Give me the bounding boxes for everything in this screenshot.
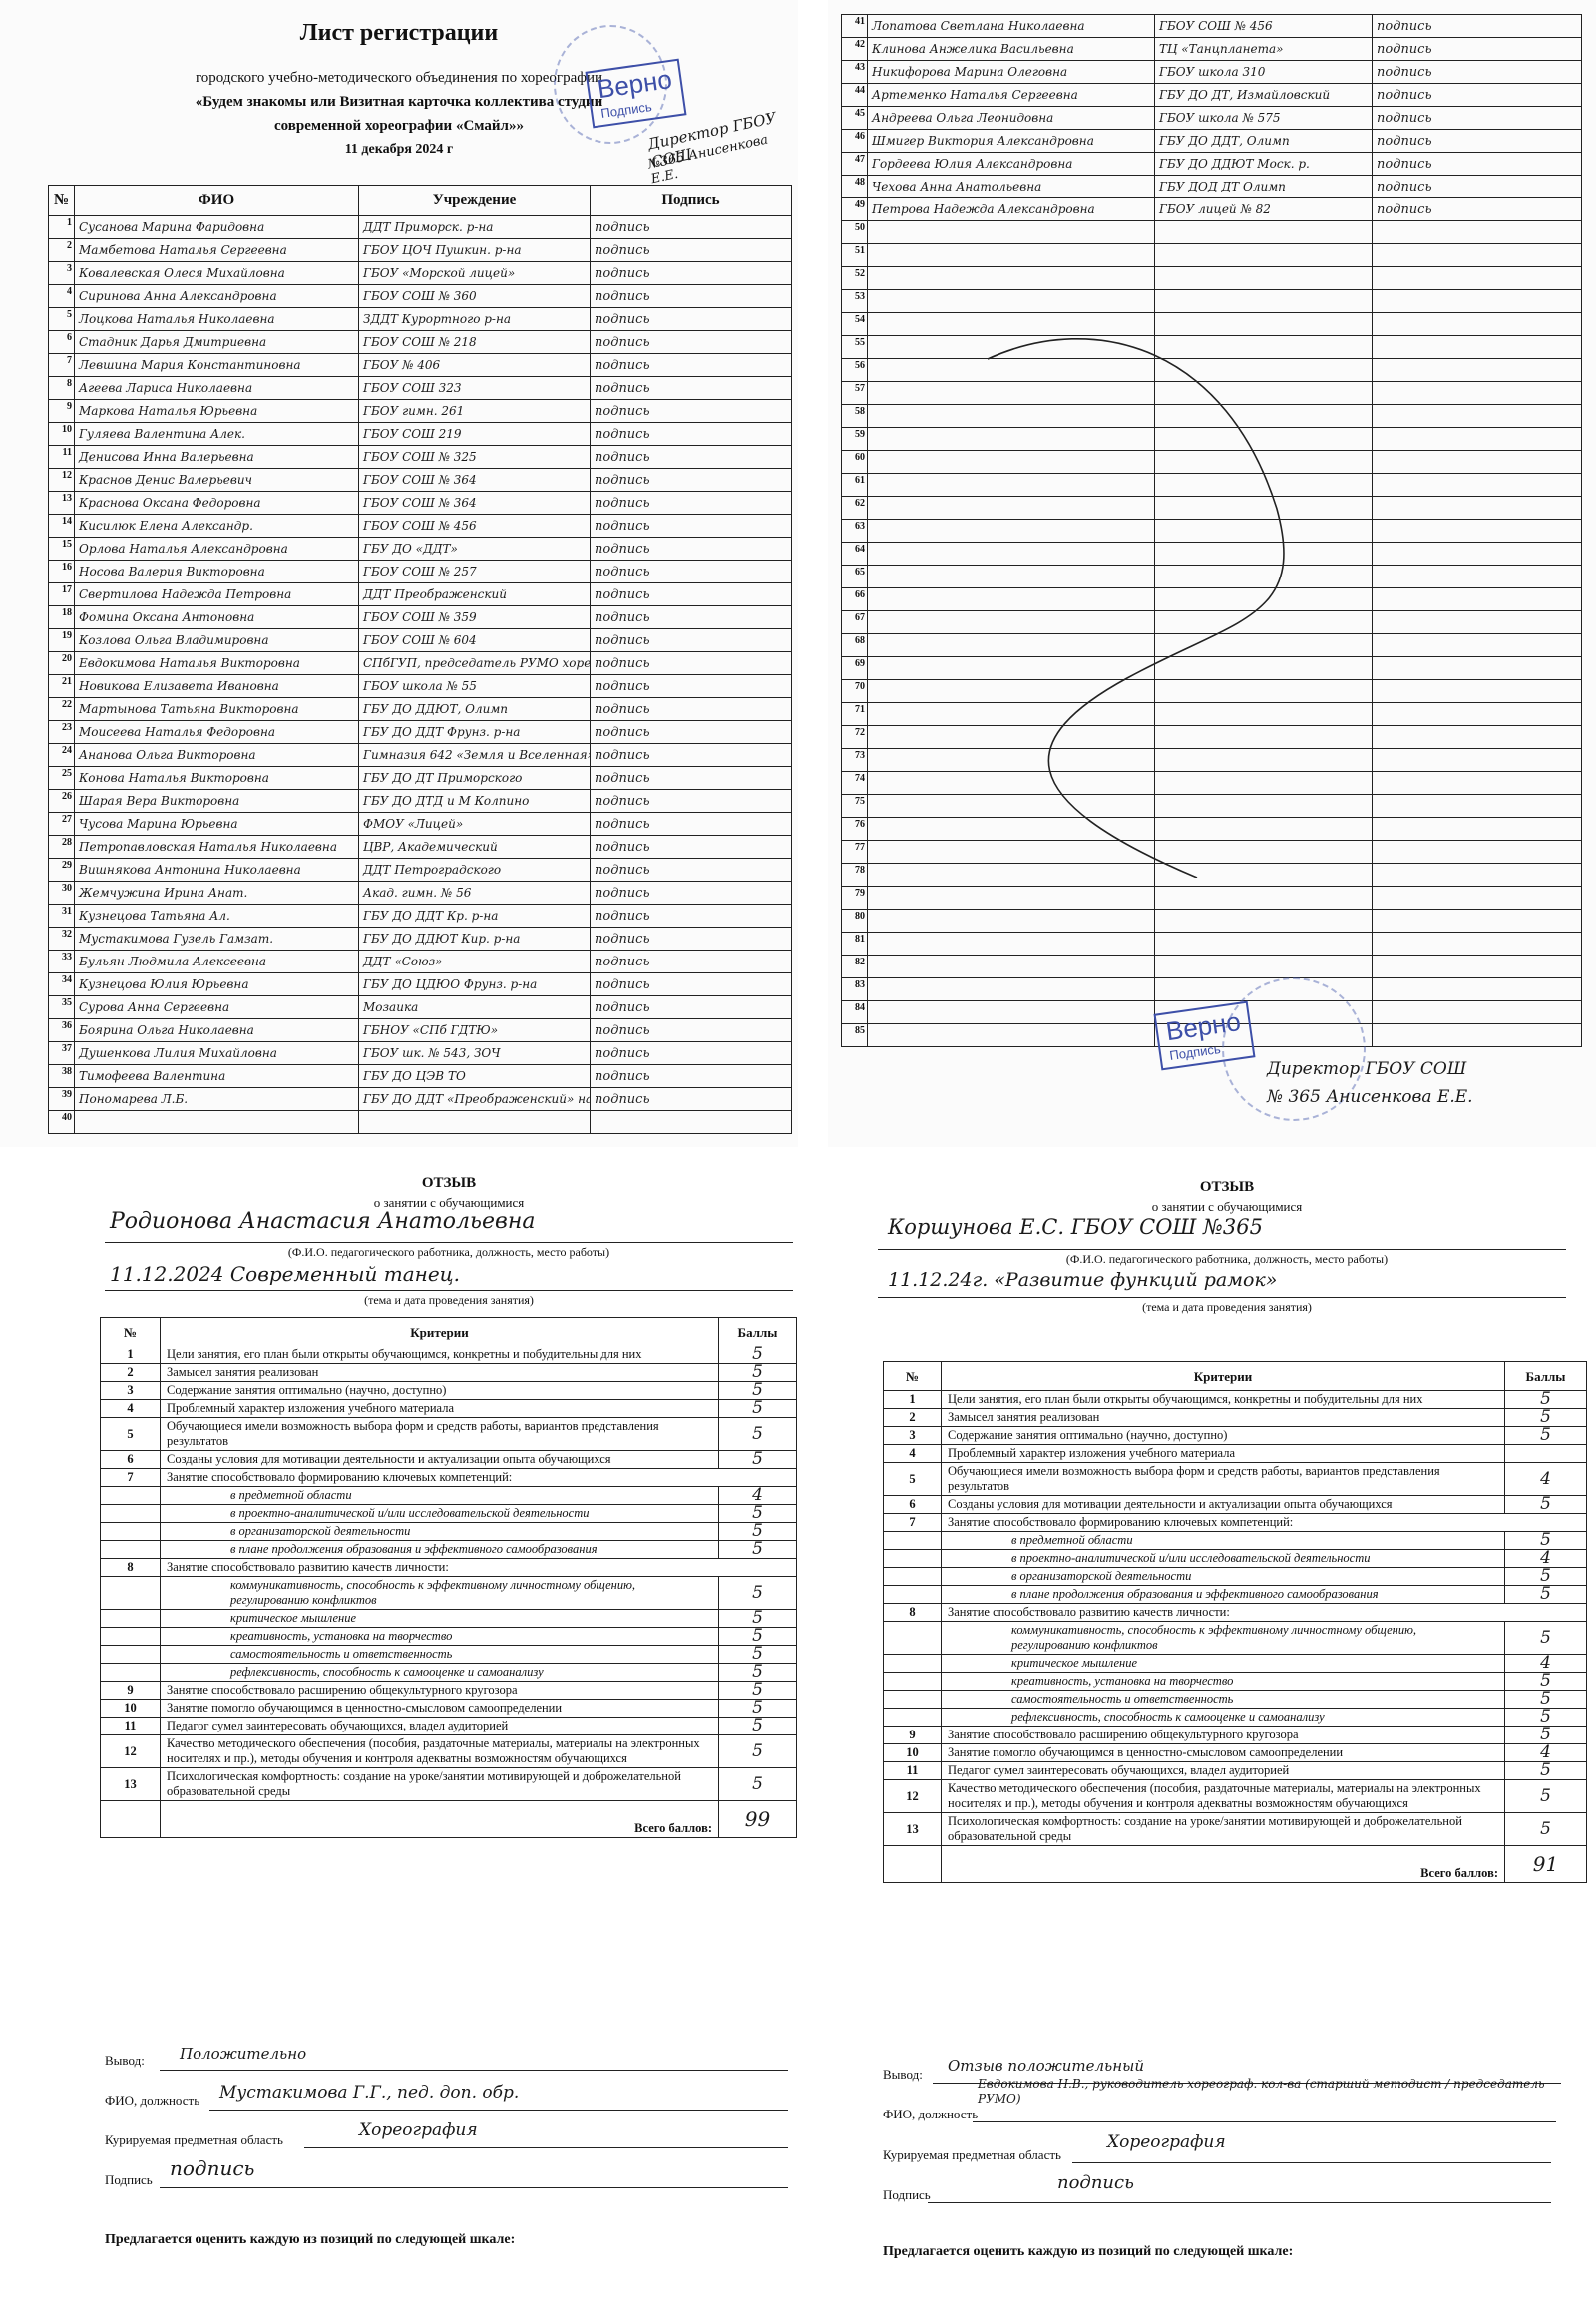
table-row: 6Стадник Дарья ДмитриевнаГБОУ СОШ № 218п… bbox=[49, 331, 792, 354]
participant-institution: ГБОУ СОШ № 360 bbox=[359, 285, 591, 308]
row-number: 15 bbox=[49, 538, 75, 561]
criteria-row: самостоятельность и ответственность5 bbox=[101, 1646, 797, 1664]
participant-name bbox=[868, 382, 1155, 405]
criteria-row: в предметной области5 bbox=[884, 1532, 1587, 1550]
criteria-text: Психологическая комфортность: создание н… bbox=[161, 1768, 719, 1801]
row-number: 27 bbox=[49, 813, 75, 836]
table-row: 1Сусанова Марина ФаридовнаДДТ Приморск. … bbox=[49, 216, 792, 239]
participant-institution bbox=[1155, 267, 1373, 290]
row-number: 17 bbox=[49, 583, 75, 606]
participant-institution: ГБОУ СОШ № 218 bbox=[359, 331, 591, 354]
table-row: 11Денисова Инна ВалерьевнаГБОУ СОШ № 325… bbox=[49, 446, 792, 469]
criteria-text: Занятие способствовало формированию ключ… bbox=[942, 1514, 1587, 1532]
participant-institution: ЦВР, Академический bbox=[359, 836, 591, 859]
participant-name bbox=[868, 956, 1155, 978]
table-row: 8Агеева Лариса НиколаевнаГБОУ СОШ 323под… bbox=[49, 377, 792, 400]
participant-name: Кисилюк Елена Александр. bbox=[75, 515, 359, 538]
participant-institution: ГБУ ДО ДТ Приморского bbox=[359, 767, 591, 790]
table-row: 81 bbox=[842, 933, 1582, 956]
participant-name: Краснов Денис Валерьевич bbox=[75, 469, 359, 492]
participant-signature: подпись bbox=[591, 813, 792, 836]
area-label: Курируемая предметная область bbox=[105, 2132, 283, 2148]
row-number: 34 bbox=[49, 973, 75, 996]
criteria-text: коммуникативность, способность к эффекти… bbox=[942, 1622, 1505, 1655]
criteria-row: 10Занятие помогло обучающимся в ценностн… bbox=[101, 1700, 797, 1718]
table-row: 4Сиринова Анна АлександровнаГБОУ СОШ № 3… bbox=[49, 285, 792, 308]
table-row: 45Андреева Ольга ЛеонидовнаГБОУ школа № … bbox=[842, 107, 1582, 130]
row-number: 22 bbox=[49, 698, 75, 721]
table-row: 56 bbox=[842, 359, 1582, 382]
participant-institution bbox=[1155, 405, 1373, 428]
participant-name: Боярина Ольга Николаевна bbox=[75, 1019, 359, 1042]
criteria-score: 4 bbox=[719, 1487, 797, 1505]
row-number: 68 bbox=[842, 634, 868, 657]
criteria-number bbox=[884, 1622, 942, 1655]
row-number: 28 bbox=[49, 836, 75, 859]
participant-signature: подпись bbox=[591, 331, 792, 354]
criteria-text: Содержание занятия оптимально (научно, д… bbox=[161, 1382, 719, 1400]
total-label: Всего баллов: bbox=[942, 1846, 1505, 1883]
review-title: ОТЗЫВ bbox=[90, 1175, 808, 1192]
table-row: 58 bbox=[842, 405, 1582, 428]
row-number: 82 bbox=[842, 956, 868, 978]
participant-institution: ГБНОУ «СПб ГДТЮ» bbox=[359, 1019, 591, 1042]
conclusion-label: Вывод: bbox=[105, 2053, 145, 2069]
criteria-text: в плане продолжения образования и эффект… bbox=[942, 1586, 1505, 1604]
participant-name bbox=[868, 864, 1155, 887]
participant-signature bbox=[1373, 359, 1582, 382]
criteria-text: Проблемный характер изложения учебного м… bbox=[942, 1445, 1505, 1463]
participant-signature bbox=[591, 1111, 792, 1134]
row-number: 12 bbox=[49, 469, 75, 492]
row-number: 3 bbox=[49, 262, 75, 285]
column-header-number: № bbox=[49, 186, 75, 216]
row-number: 30 bbox=[49, 882, 75, 905]
participant-name: Кузнецова Юлия Юрьевна bbox=[75, 973, 359, 996]
criteria-number: 10 bbox=[101, 1700, 161, 1718]
participant-institution: ГБОУ шк. № 543, ЗОЧ bbox=[359, 1042, 591, 1065]
participant-name: Евдокимова Наталья Викторовна bbox=[75, 652, 359, 675]
row-number: 32 bbox=[49, 928, 75, 951]
criteria-number bbox=[884, 1691, 942, 1709]
table-row: 23Моисеева Наталья ФедоровнаГБУ ДО ДДТ Ф… bbox=[49, 721, 792, 744]
row-number: 80 bbox=[842, 910, 868, 933]
participant-name: Вишнякова Антонина Николаевна bbox=[75, 859, 359, 882]
criteria-text: в предметной области bbox=[161, 1487, 719, 1505]
scale-note: Предлагается оценить каждую из позиций п… bbox=[105, 2232, 515, 2248]
table-row: 40 bbox=[49, 1111, 792, 1134]
criteria-row: 5Обучающиеся имели возможность выбора фо… bbox=[101, 1418, 797, 1451]
table-row: 55 bbox=[842, 336, 1582, 359]
lesson-topic-value: 11.12.24г. «Развитие функций рамок» bbox=[888, 1269, 1277, 1291]
row-number: 72 bbox=[842, 726, 868, 749]
participant-institution: ГБУ ДО ДДТ Фрунз. р-на bbox=[359, 721, 591, 744]
participant-institution: ТЦ «Танцпланета» bbox=[1155, 38, 1373, 61]
criteria-row: 8Занятие способствовало развитию качеств… bbox=[884, 1604, 1587, 1622]
criteria-text: Качество методического обеспечения (посо… bbox=[161, 1735, 719, 1768]
criteria-row: 5Обучающиеся имели возможность выбора фо… bbox=[884, 1463, 1587, 1496]
participant-signature bbox=[1373, 520, 1582, 543]
criteria-score: 5 bbox=[719, 1700, 797, 1718]
participant-institution bbox=[1155, 726, 1373, 749]
criteria-text: Педагог сумел заинтересовать обучающихся… bbox=[942, 1762, 1505, 1780]
participant-name: Лоцкова Наталья Николаевна bbox=[75, 308, 359, 331]
participant-signature bbox=[1373, 680, 1582, 703]
column-header-criteria: Критерии bbox=[942, 1362, 1505, 1391]
table-row: 10Гуляева Валентина Алек.ГБОУ СОШ 219под… bbox=[49, 423, 792, 446]
participant-name bbox=[868, 359, 1155, 382]
column-header-score: Баллы bbox=[1505, 1362, 1587, 1391]
participant-signature: подпись bbox=[1373, 15, 1582, 38]
participant-signature: подпись bbox=[591, 721, 792, 744]
criteria-number: 7 bbox=[101, 1469, 161, 1487]
criteria-text: Обучающиеся имели возможность выбора фор… bbox=[942, 1463, 1505, 1496]
criteria-number: 9 bbox=[101, 1682, 161, 1700]
criteria-number bbox=[884, 1532, 942, 1550]
criteria-score: 5 bbox=[719, 1541, 797, 1559]
table-row: 12Краснов Денис ВалерьевичГБОУ СОШ № 364… bbox=[49, 469, 792, 492]
table-row: 68 bbox=[842, 634, 1582, 657]
participant-signature bbox=[1373, 451, 1582, 474]
participant-signature: подпись bbox=[591, 928, 792, 951]
criteria-row: 11Педагог сумел заинтересовать обучающих… bbox=[884, 1762, 1587, 1780]
participant-signature bbox=[1373, 726, 1582, 749]
participant-signature bbox=[1373, 841, 1582, 864]
participant-name bbox=[868, 795, 1155, 818]
participant-signature: подпись bbox=[591, 377, 792, 400]
participant-institution bbox=[1155, 956, 1373, 978]
participant-name: Козлова Ольга Владимировна bbox=[75, 629, 359, 652]
participant-signature: подпись bbox=[591, 629, 792, 652]
row-number: 78 bbox=[842, 864, 868, 887]
criteria-text: Цели занятия, его план были открыты обуч… bbox=[161, 1346, 719, 1364]
participant-name bbox=[868, 910, 1155, 933]
criteria-row: 1Цели занятия, его план были открыты обу… bbox=[884, 1391, 1587, 1409]
participant-signature bbox=[1373, 657, 1582, 680]
criteria-number: 12 bbox=[101, 1735, 161, 1768]
row-number: 37 bbox=[49, 1042, 75, 1065]
criteria-text: коммуникативность, способность к эффекти… bbox=[161, 1577, 719, 1610]
participant-name bbox=[868, 336, 1155, 359]
participant-name: Ковалевская Олеся Михайловна bbox=[75, 262, 359, 285]
row-number: 69 bbox=[842, 657, 868, 680]
participant-signature bbox=[1373, 864, 1582, 887]
participant-name bbox=[868, 1024, 1155, 1047]
participant-name bbox=[868, 772, 1155, 795]
criteria-text: Обучающиеся имели возможность выбора фор… bbox=[161, 1418, 719, 1451]
column-header-signature: Подпись bbox=[591, 186, 792, 216]
row-number: 61 bbox=[842, 474, 868, 497]
row-number: 11 bbox=[49, 446, 75, 469]
criteria-table: № Критерии Баллы 1Цели занятия, его план… bbox=[100, 1317, 797, 1838]
row-number: 51 bbox=[842, 244, 868, 267]
registration-title: Лист регистрации bbox=[0, 20, 798, 47]
table-row: 64 bbox=[842, 543, 1582, 566]
participant-signature: подпись bbox=[591, 1042, 792, 1065]
page-gap bbox=[798, 0, 828, 1147]
criteria-text: Занятие способствовало расширению общеку… bbox=[942, 1727, 1505, 1744]
criteria-score: 5 bbox=[719, 1418, 797, 1451]
participant-institution: ДДТ Приморск. р-на bbox=[359, 216, 591, 239]
participant-name: Мамбетова Наталья Сергеевна bbox=[75, 239, 359, 262]
criteria-score: 5 bbox=[719, 1400, 797, 1418]
participant-institution bbox=[1155, 566, 1373, 588]
table-row: 16Носова Валерия ВикторовнаГБОУ СОШ № 25… bbox=[49, 561, 792, 583]
criteria-number bbox=[101, 1646, 161, 1664]
participant-institution bbox=[1155, 611, 1373, 634]
participant-institution: ДДТ Петроградского bbox=[359, 859, 591, 882]
participant-name bbox=[868, 887, 1155, 910]
criteria-number bbox=[884, 1568, 942, 1586]
participant-institution bbox=[1155, 749, 1373, 772]
participant-name bbox=[868, 933, 1155, 956]
row-number: 13 bbox=[49, 492, 75, 515]
participant-signature: подпись bbox=[591, 652, 792, 675]
participant-signature: подпись bbox=[591, 561, 792, 583]
criteria-number: 11 bbox=[101, 1718, 161, 1735]
participant-signature: подпись bbox=[591, 1065, 792, 1088]
participant-name bbox=[868, 428, 1155, 451]
lesson-topic-line bbox=[105, 1290, 793, 1291]
criteria-text: Созданы условия для мотивации деятельнос… bbox=[942, 1496, 1505, 1514]
table-row: 30Жемчужина Ирина Анат.Акад. гимн. № 56п… bbox=[49, 882, 792, 905]
participant-institution: ГБОУ ЦОЧ Пушкин. р-на bbox=[359, 239, 591, 262]
criteria-number bbox=[101, 1505, 161, 1523]
participant-name: Мартынова Татьяна Викторовна bbox=[75, 698, 359, 721]
row-number: 40 bbox=[49, 1111, 75, 1134]
row-number: 46 bbox=[842, 130, 868, 153]
participant-signature: подпись bbox=[1373, 84, 1582, 107]
total-spacer bbox=[884, 1846, 942, 1883]
row-number: 62 bbox=[842, 497, 868, 520]
table-row: 26Шарая Вера ВикторовнаГБУ ДО ДТД и М Ко… bbox=[49, 790, 792, 813]
row-number: 74 bbox=[842, 772, 868, 795]
criteria-text: Замысел занятия реализован bbox=[942, 1409, 1505, 1427]
participant-signature bbox=[1373, 818, 1582, 841]
table-row: 76 bbox=[842, 818, 1582, 841]
row-number: 36 bbox=[49, 1019, 75, 1042]
criteria-text: в организаторской деятельности bbox=[942, 1568, 1505, 1586]
participant-name bbox=[868, 313, 1155, 336]
participant-signature: подпись bbox=[591, 996, 792, 1019]
participant-signature bbox=[1373, 566, 1582, 588]
participant-name: Никифорова Марина Олеговна bbox=[868, 61, 1155, 84]
criteria-number bbox=[101, 1523, 161, 1541]
participant-institution: ДДТ Преображенский bbox=[359, 583, 591, 606]
criteria-number: 13 bbox=[101, 1768, 161, 1801]
table-row: 5Лоцкова Наталья НиколаевнаЗДДТ Курортно… bbox=[49, 308, 792, 331]
participant-signature bbox=[1373, 336, 1582, 359]
row-number: 6 bbox=[49, 331, 75, 354]
table-row: 71 bbox=[842, 703, 1582, 726]
participant-signature bbox=[1373, 382, 1582, 405]
participant-name: Артеменко Наталья Сергеевна bbox=[868, 84, 1155, 107]
row-number: 5 bbox=[49, 308, 75, 331]
criteria-score: 5 bbox=[1505, 1532, 1587, 1550]
area-value: Хореография bbox=[1107, 2132, 1226, 2152]
topic-caption: (тема и дата проведения занятия) bbox=[858, 1300, 1596, 1315]
criteria-score: 5 bbox=[1505, 1727, 1587, 1744]
participant-signature: подпись bbox=[591, 285, 792, 308]
participant-signature bbox=[1373, 221, 1582, 244]
criteria-score: 5 bbox=[719, 1364, 797, 1382]
participant-name bbox=[868, 405, 1155, 428]
criteria-number: 10 bbox=[884, 1744, 942, 1762]
participant-name bbox=[868, 634, 1155, 657]
stamp-note-line-1: Директор ГБОУ СОШ bbox=[1267, 1059, 1466, 1079]
participant-name bbox=[868, 290, 1155, 313]
criteria-text: в проектно-аналитической и/или исследова… bbox=[942, 1550, 1505, 1568]
row-number: 44 bbox=[842, 84, 868, 107]
participant-institution bbox=[1155, 680, 1373, 703]
participant-signature: подпись bbox=[591, 859, 792, 882]
participant-signature: подпись bbox=[1373, 107, 1582, 130]
participant-signature: подпись bbox=[591, 308, 792, 331]
criteria-row: 3Содержание занятия оптимально (научно, … bbox=[101, 1382, 797, 1400]
participant-institution bbox=[1155, 818, 1373, 841]
criteria-number bbox=[101, 1664, 161, 1682]
participant-institution bbox=[1155, 451, 1373, 474]
criteria-row: 4Проблемный характер изложения учебного … bbox=[884, 1445, 1587, 1463]
row-number: 48 bbox=[842, 176, 868, 198]
criteria-row: креативность, установка на творчество5 bbox=[884, 1673, 1587, 1691]
signature-line bbox=[160, 2187, 788, 2188]
conclusion-value: Отзыв положительный bbox=[948, 2057, 1144, 2075]
row-number: 18 bbox=[49, 606, 75, 629]
lesson-topic-line bbox=[878, 1297, 1566, 1298]
total-label: Всего баллов: bbox=[161, 1801, 719, 1838]
row-number: 35 bbox=[49, 996, 75, 1019]
participant-signature bbox=[1373, 1001, 1582, 1024]
table-row: 22Мартынова Татьяна ВикторовнаГБУ ДО ДДЮ… bbox=[49, 698, 792, 721]
participant-signature: подпись bbox=[591, 423, 792, 446]
criteria-score: 5 bbox=[1505, 1391, 1587, 1409]
row-number: 7 bbox=[49, 354, 75, 377]
criteria-text: Проблемный характер изложения учебного м… bbox=[161, 1400, 719, 1418]
row-number: 84 bbox=[842, 1001, 868, 1024]
fio-line bbox=[973, 2121, 1556, 2122]
teacher-name-line bbox=[105, 1242, 793, 1243]
participant-name: Сусанова Марина Фаридовна bbox=[75, 216, 359, 239]
fio-value: Евдокимова Н.В., руководитель хореограф.… bbox=[978, 2077, 1556, 2107]
total-score: 91 bbox=[1505, 1846, 1587, 1883]
participant-institution bbox=[1155, 336, 1373, 359]
row-number: 10 bbox=[49, 423, 75, 446]
participant-institution bbox=[1155, 520, 1373, 543]
participant-name bbox=[868, 841, 1155, 864]
teacher-name-line bbox=[878, 1249, 1566, 1250]
table-row: 39Пономарева Л.Б.ГБУ ДО ДДТ «Преображенс… bbox=[49, 1088, 792, 1111]
table-row: 70 bbox=[842, 680, 1582, 703]
participant-institution bbox=[1155, 933, 1373, 956]
criteria-score: 5 bbox=[719, 1346, 797, 1364]
table-row: 38Тимофеева ВалентинаГБУ ДО ЦЭВ ТОподпис… bbox=[49, 1065, 792, 1088]
row-number: 43 bbox=[842, 61, 868, 84]
participant-institution bbox=[1155, 244, 1373, 267]
criteria-row: 1Цели занятия, его план были открыты обу… bbox=[101, 1346, 797, 1364]
column-header-number: № bbox=[884, 1362, 942, 1391]
criteria-score: 5 bbox=[719, 1451, 797, 1469]
row-number: 81 bbox=[842, 933, 868, 956]
participant-institution bbox=[1155, 795, 1373, 818]
row-number: 49 bbox=[842, 198, 868, 221]
table-row: 29Вишнякова Антонина НиколаевнаДДТ Петро… bbox=[49, 859, 792, 882]
participant-institution bbox=[1155, 657, 1373, 680]
criteria-row: 12Качество методического обеспечения (по… bbox=[101, 1735, 797, 1768]
participant-name: Сурова Анна Сергеевна bbox=[75, 996, 359, 1019]
row-number: 38 bbox=[49, 1065, 75, 1088]
participant-name bbox=[868, 543, 1155, 566]
table-row: 62 bbox=[842, 497, 1582, 520]
teacher-name-value: Коршунова Е.С. ГБОУ СОШ №365 bbox=[888, 1215, 1263, 1239]
participant-signature: подпись bbox=[591, 836, 792, 859]
row-number: 70 bbox=[842, 680, 868, 703]
participant-institution: ГБУ ДО «ДДТ» bbox=[359, 538, 591, 561]
participant-institution bbox=[1155, 497, 1373, 520]
participant-name: Маркова Наталья Юрьевна bbox=[75, 400, 359, 423]
table-row: 54 bbox=[842, 313, 1582, 336]
participant-institution: ГБУ ДО ДТ, Измайловский bbox=[1155, 84, 1373, 107]
participant-signature bbox=[1373, 749, 1582, 772]
row-number: 45 bbox=[842, 107, 868, 130]
participant-name bbox=[868, 474, 1155, 497]
criteria-score: 4 bbox=[1505, 1463, 1587, 1496]
criteria-number: 9 bbox=[884, 1727, 942, 1744]
participant-signature: подпись bbox=[1373, 198, 1582, 221]
participant-institution: ГБУ ДО ДДТ Кр. р-на bbox=[359, 905, 591, 928]
participant-institution bbox=[1155, 703, 1373, 726]
participant-signature bbox=[1373, 933, 1582, 956]
participant-institution: ГБОУ школа 310 bbox=[1155, 61, 1373, 84]
criteria-number: 2 bbox=[101, 1364, 161, 1382]
row-number: 39 bbox=[49, 1088, 75, 1111]
criteria-score: 4 bbox=[1505, 1550, 1587, 1568]
participant-institution bbox=[1155, 543, 1373, 566]
criteria-text: в проектно-аналитической и/или исследова… bbox=[161, 1505, 719, 1523]
row-number: 67 bbox=[842, 611, 868, 634]
criteria-number bbox=[101, 1541, 161, 1559]
participant-signature: подпись bbox=[591, 882, 792, 905]
table-row: 74 bbox=[842, 772, 1582, 795]
table-row: 46Шмигер Виктория АлександровнаГБУ ДО ДД… bbox=[842, 130, 1582, 153]
row-number: 26 bbox=[49, 790, 75, 813]
participant-institution bbox=[1155, 474, 1373, 497]
participant-signature: подпись bbox=[591, 469, 792, 492]
criteria-text: рефлексивность, способность к самооценке… bbox=[161, 1664, 719, 1682]
participant-institution: ГБОУ школа № 55 bbox=[359, 675, 591, 698]
participant-institution: ГБОУ № 406 bbox=[359, 354, 591, 377]
table-row: 57 bbox=[842, 382, 1582, 405]
participant-institution: ЗДДТ Курортного р-на bbox=[359, 308, 591, 331]
participant-signature bbox=[1373, 772, 1582, 795]
row-number: 85 bbox=[842, 1024, 868, 1047]
criteria-score: 5 bbox=[1505, 1427, 1587, 1445]
criteria-text: самостоятельность и ответственность bbox=[942, 1691, 1505, 1709]
row-number: 60 bbox=[842, 451, 868, 474]
criteria-text: Занятие помогло обучающимся в ценностно-… bbox=[942, 1744, 1505, 1762]
table-row: 41Лопатова Светлана НиколаевнаГБОУ СОШ №… bbox=[842, 15, 1582, 38]
table-row: 51 bbox=[842, 244, 1582, 267]
criteria-number: 3 bbox=[101, 1382, 161, 1400]
table-row: 3Ковалевская Олеся МихайловнаГБОУ «Морск… bbox=[49, 262, 792, 285]
criteria-score: 5 bbox=[1505, 1568, 1587, 1586]
participant-name: Моисеева Наталья Федоровна bbox=[75, 721, 359, 744]
criteria-text: Занятие способствовало формированию ключ… bbox=[161, 1469, 797, 1487]
criteria-number: 5 bbox=[101, 1418, 161, 1451]
fio-label: ФИО, должность bbox=[883, 2107, 978, 2122]
participant-institution bbox=[1155, 588, 1373, 611]
table-row: 60 bbox=[842, 451, 1582, 474]
